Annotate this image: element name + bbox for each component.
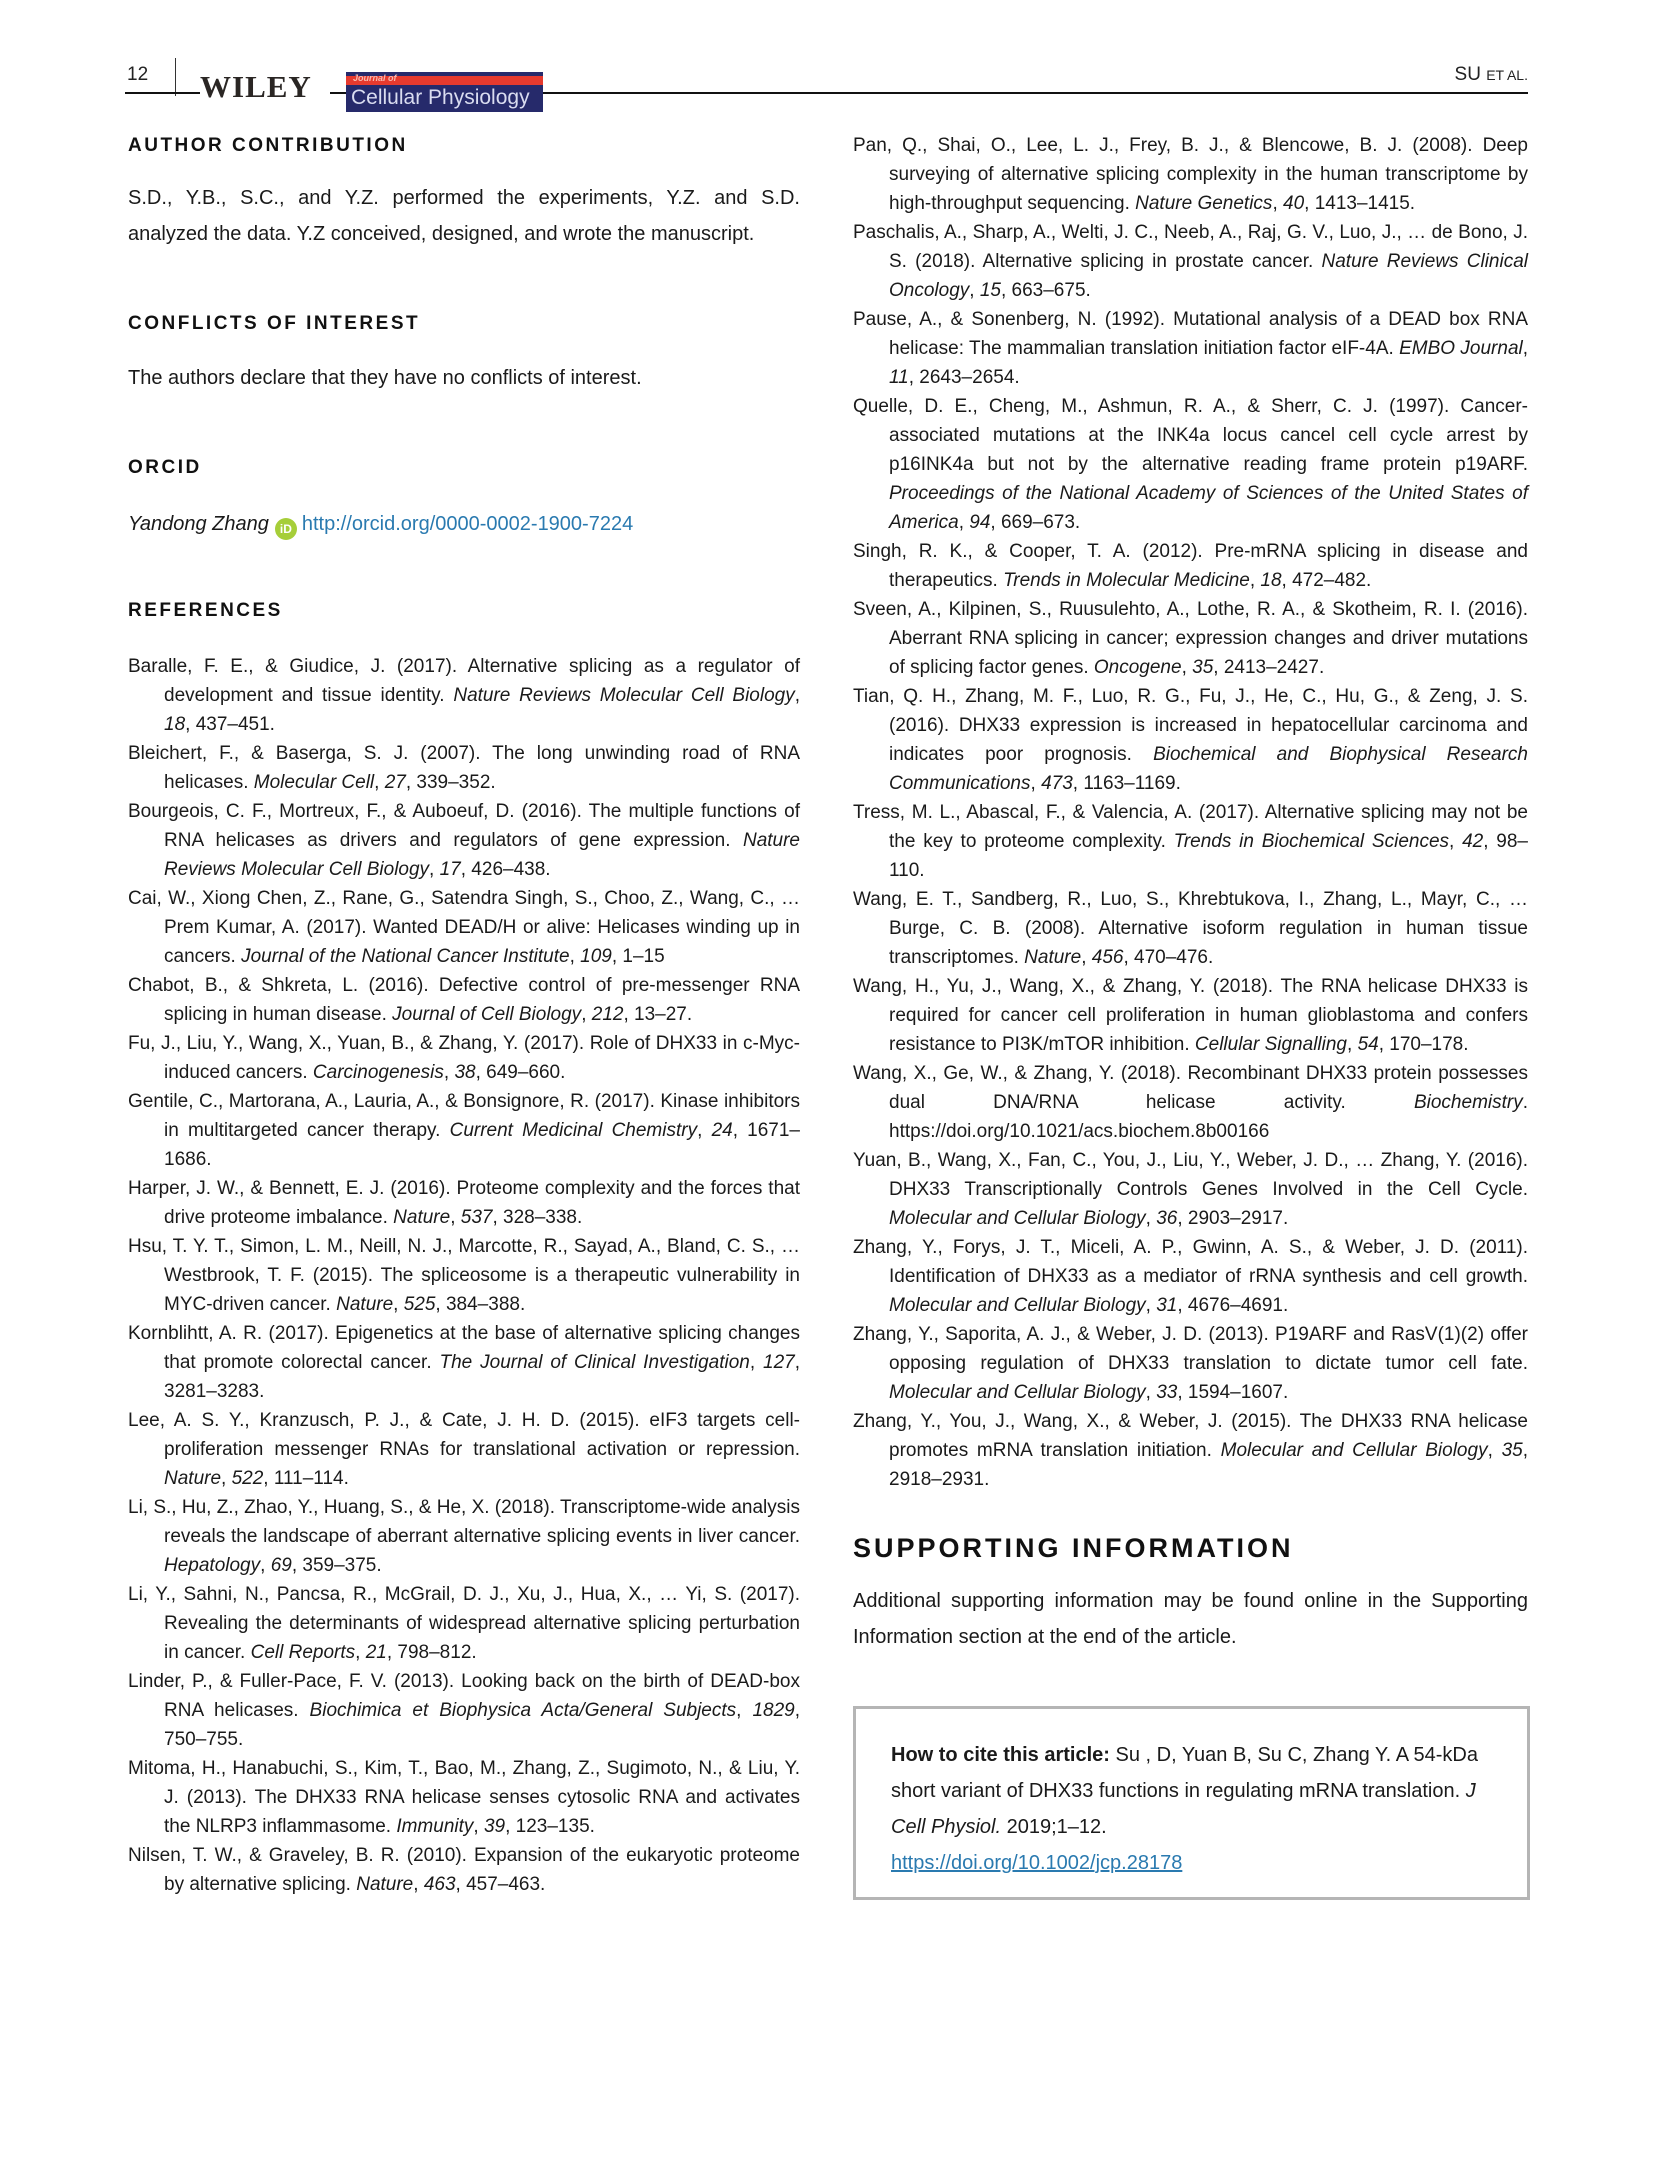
logo-line2: Cellular Physiology — [351, 85, 530, 111]
header-divider — [175, 58, 176, 96]
reference-volume: 17 — [440, 859, 461, 880]
reference-separator: , — [1523, 338, 1528, 359]
reference-journal: Nature — [393, 1207, 450, 1228]
reference-volume: 18 — [1260, 570, 1281, 591]
reference-pages: , 13–27. — [623, 1004, 692, 1025]
reference-journal: Biochimica et Biophysica Acta/General Su… — [310, 1700, 737, 1721]
reference-pages: , 359–375. — [292, 1555, 382, 1576]
reference-separator: , — [393, 1294, 404, 1315]
reference-item: Pause, A., & Sonenberg, N. (1992). Mutat… — [853, 305, 1528, 392]
orcid-id-icon: iD — [275, 518, 297, 540]
reference-pages: , 663–675. — [1001, 280, 1091, 301]
citation-year-pages: 2019;1–12. — [1001, 1816, 1107, 1838]
reference-item: Paschalis, A., Sharp, A., Welti, J. C., … — [853, 218, 1528, 305]
reference-volume: 94 — [969, 512, 990, 533]
reference-text: Quelle, D. E., Cheng, M., Ashmun, R. A.,… — [853, 396, 1528, 475]
reference-text: Lee, A. S. Y., Kranzusch, P. J., & Cate,… — [128, 1410, 800, 1460]
reference-pages: , 669–673. — [990, 512, 1080, 533]
publisher-logo: WILEY — [200, 70, 312, 104]
reference-item: Mitoma, H., Hanabuchi, S., Kim, T., Bao,… — [128, 1754, 800, 1841]
section-heading-references: REFERENCES — [128, 600, 283, 622]
reference-volume: 36 — [1156, 1208, 1177, 1229]
section-heading-author-contribution: AUTHOR CONTRIBUTION — [128, 135, 408, 157]
reference-pages: , 1413–1415. — [1304, 193, 1415, 214]
reference-journal: Molecular and Cellular Biology — [889, 1382, 1146, 1403]
reference-journal: Hepatology — [164, 1555, 260, 1576]
reference-text: Li, S., Hu, Z., Zhao, Y., Huang, S., & H… — [128, 1497, 800, 1547]
reference-pages: , 2903–2917. — [1177, 1208, 1288, 1229]
reference-item: Zhang, Y., Forys, J. T., Miceli, A. P., … — [853, 1233, 1528, 1320]
running-head-etal: ET AL. — [1486, 67, 1528, 83]
reference-volume: 473 — [1041, 773, 1073, 794]
section-heading-conflicts: CONFLICTS OF INTEREST — [128, 313, 420, 335]
reference-item: Harper, J. W., & Bennett, E. J. (2016). … — [128, 1174, 800, 1232]
orcid-link[interactable]: http://orcid.org/0000-0002-1900-7224 — [302, 513, 633, 535]
reference-journal: Oncogene — [1094, 657, 1182, 678]
reference-pages: , 111–114. — [263, 1468, 349, 1489]
reference-separator: , — [570, 946, 581, 967]
reference-separator: , — [1347, 1034, 1358, 1055]
reference-separator: , — [1146, 1208, 1157, 1229]
reference-volume: 21 — [366, 1642, 387, 1663]
reference-journal: Nature — [164, 1468, 221, 1489]
reference-journal: Nature — [1024, 947, 1081, 968]
reference-list-right: Pan, Q., Shai, O., Lee, L. J., Frey, B. … — [853, 131, 1528, 1494]
reference-pages: , 2643–2654. — [909, 367, 1020, 388]
reference-journal: Immunity — [396, 1816, 473, 1837]
reference-separator: , — [1250, 570, 1261, 591]
reference-text: Zhang, Y., Saporita, A. J., & Weber, J. … — [853, 1324, 1528, 1374]
reference-journal: Nature — [336, 1294, 393, 1315]
reference-volume: 27 — [385, 772, 406, 793]
reference-volume: 35 — [1192, 657, 1213, 678]
reference-text: Yuan, B., Wang, X., Fan, C., You, J., Li… — [853, 1150, 1528, 1200]
reference-item: Cai, W., Xiong Chen, Z., Rane, G., Saten… — [128, 884, 800, 971]
orcid-author-name: Yandong Zhang — [128, 513, 269, 535]
reference-volume: 525 — [404, 1294, 436, 1315]
reference-item: Tress, M. L., Abascal, F., & Valencia, A… — [853, 798, 1528, 885]
reference-separator: , — [444, 1062, 455, 1083]
reference-pages: , 426–438. — [461, 859, 551, 880]
reference-separator: , — [450, 1207, 461, 1228]
reference-list-left: Baralle, F. E., & Giudice, J. (2017). Al… — [128, 652, 800, 1899]
header-rule — [330, 92, 346, 94]
reference-item: Bourgeois, C. F., Mortreux, F., & Auboeu… — [128, 797, 800, 884]
reference-volume: 212 — [592, 1004, 624, 1025]
running-head-main: SU — [1455, 64, 1481, 85]
reference-pages: , 1594–1607. — [1177, 1382, 1288, 1403]
reference-pages: , 170–178. — [1379, 1034, 1469, 1055]
reference-volume: 31 — [1156, 1295, 1177, 1316]
reference-volume: 42 — [1462, 831, 1483, 852]
reference-text: Zhang, Y., Forys, J. T., Miceli, A. P., … — [853, 1237, 1528, 1287]
reference-journal: Molecular Cell — [254, 772, 374, 793]
author-contribution-text: S.D., Y.B., S.C., and Y.Z. performed the… — [128, 180, 800, 252]
reference-pages: , 1–15 — [612, 946, 665, 967]
section-heading-orcid: ORCID — [128, 457, 202, 479]
reference-pages: , 437–451. — [185, 714, 275, 735]
reference-separator: , — [1182, 657, 1193, 678]
reference-volume: 463 — [424, 1874, 456, 1895]
reference-journal: Trends in Biochemical Sciences — [1174, 831, 1449, 852]
header-rule — [125, 92, 200, 94]
reference-volume: 537 — [461, 1207, 493, 1228]
reference-separator: , — [221, 1468, 232, 1489]
reference-separator: , — [959, 512, 970, 533]
reference-separator: , — [355, 1642, 366, 1663]
reference-item: Sveen, A., Kilpinen, S., Ruusulehto, A.,… — [853, 595, 1528, 682]
reference-journal: Biochemistry — [1414, 1092, 1523, 1113]
reference-journal: Cell Reports — [251, 1642, 356, 1663]
reference-pages: , 384–388. — [435, 1294, 525, 1315]
reference-item: Tian, Q. H., Zhang, M. F., Luo, R. G., F… — [853, 682, 1528, 798]
how-to-cite-label: How to cite this article: — [891, 1744, 1110, 1766]
reference-item: Baralle, F. E., & Giudice, J. (2017). Al… — [128, 652, 800, 739]
reference-separator: , — [260, 1555, 271, 1576]
reference-item: Bleichert, F., & Baserga, S. J. (2007). … — [128, 739, 800, 797]
reference-volume: 127 — [763, 1352, 795, 1373]
reference-journal: Nature — [356, 1874, 413, 1895]
reference-separator: , — [374, 772, 385, 793]
reference-separator: , — [1031, 773, 1042, 794]
reference-item: Li, Y., Sahni, N., Pancsa, R., McGrail, … — [128, 1580, 800, 1667]
reference-pages: , 339–352. — [406, 772, 496, 793]
reference-item: Singh, R. K., & Cooper, T. A. (2012). Pr… — [853, 537, 1528, 595]
reference-journal: Molecular and Cellular Biology — [889, 1295, 1146, 1316]
reference-separator: , — [1272, 193, 1283, 214]
reference-separator: , — [413, 1874, 424, 1895]
reference-item: Wang, H., Yu, J., Wang, X., & Zhang, Y. … — [853, 972, 1528, 1059]
reference-pages: , 457–463. — [456, 1874, 546, 1895]
orcid-entry: Yandong ZhangiDhttp://orcid.org/0000-000… — [128, 510, 633, 540]
conflicts-text: The authors declare that they have no co… — [128, 360, 800, 396]
reference-separator: , — [795, 685, 800, 706]
reference-pages: , 798–812. — [387, 1642, 477, 1663]
reference-volume: 54 — [1358, 1034, 1379, 1055]
reference-separator: , — [473, 1816, 484, 1837]
reference-journal: Journal of Cell Biology — [392, 1004, 581, 1025]
reference-separator: , — [1488, 1440, 1502, 1461]
reference-journal: Nature Reviews Molecular Cell Biology — [453, 685, 794, 706]
reference-separator: , — [1449, 831, 1462, 852]
section-heading-supporting-information: SUPPORTING INFORMATION — [853, 1533, 1294, 1564]
reference-separator: , — [581, 1004, 592, 1025]
reference-pages: , 2413–2427. — [1213, 657, 1324, 678]
reference-separator: , — [750, 1352, 763, 1373]
reference-volume: 456 — [1092, 947, 1124, 968]
reference-pages: , 328–338. — [492, 1207, 582, 1228]
reference-separator: , — [429, 859, 440, 880]
reference-separator: , — [1146, 1382, 1157, 1403]
page-number: 12 — [127, 64, 148, 86]
reference-journal: Carcinogenesis — [313, 1062, 444, 1083]
reference-volume: 38 — [454, 1062, 475, 1083]
reference-item: Zhang, Y., Saporita, A. J., & Weber, J. … — [853, 1320, 1528, 1407]
reference-journal: Current Medicinal Chemistry — [450, 1120, 697, 1141]
reference-volume: 35 — [1502, 1440, 1523, 1461]
reference-text: Bourgeois, C. F., Mortreux, F., & Auboeu… — [128, 801, 800, 851]
reference-journal: Molecular and Cellular Biology — [1221, 1440, 1488, 1461]
reference-volume: 40 — [1283, 193, 1304, 214]
reference-volume: 18 — [164, 714, 185, 735]
reference-journal: EMBO Journal — [1399, 338, 1523, 359]
header-rule — [543, 92, 1528, 94]
reference-item: Wang, E. T., Sandberg, R., Luo, S., Khre… — [853, 885, 1528, 972]
reference-volume: 15 — [980, 280, 1001, 301]
supporting-information-text: Additional supporting information may be… — [853, 1583, 1528, 1655]
reference-volume: 33 — [1156, 1382, 1177, 1403]
reference-item: Hsu, T. Y. T., Simon, L. M., Neill, N. J… — [128, 1232, 800, 1319]
reference-journal: Journal of the National Cancer Institute — [241, 946, 569, 967]
reference-volume: 109 — [580, 946, 612, 967]
reference-item: Gentile, C., Martorana, A., Lauria, A., … — [128, 1087, 800, 1174]
logo-line1: Journal of — [353, 72, 397, 84]
reference-item: Nilsen, T. W., & Graveley, B. R. (2010).… — [128, 1841, 800, 1899]
reference-pages: , 472–482. — [1282, 570, 1372, 591]
reference-item: Pan, Q., Shai, O., Lee, L. J., Frey, B. … — [853, 131, 1528, 218]
reference-item: Linder, P., & Fuller-Pace, F. V. (2013).… — [128, 1667, 800, 1754]
reference-pages: , 649–660. — [476, 1062, 566, 1083]
reference-item: Fu, J., Liu, Y., Wang, X., Yuan, B., & Z… — [128, 1029, 800, 1087]
reference-item: Wang, X., Ge, W., & Zhang, Y. (2018). Re… — [853, 1059, 1528, 1146]
reference-separator: , — [969, 280, 980, 301]
reference-pages: , 4676–4691. — [1177, 1295, 1288, 1316]
reference-volume: 69 — [271, 1555, 292, 1576]
reference-item: Chabot, B., & Shkreta, L. (2016). Defect… — [128, 971, 800, 1029]
how-to-cite-text: How to cite this article: Su , D, Yuan B… — [891, 1737, 1511, 1881]
how-to-cite-box: How to cite this article: Su , D, Yuan B… — [853, 1706, 1530, 1900]
reference-item: Quelle, D. E., Cheng, M., Ashmun, R. A.,… — [853, 392, 1528, 537]
reference-journal: Molecular and Cellular Biology — [889, 1208, 1146, 1229]
running-head: SU ET AL. — [1455, 64, 1528, 86]
reference-volume: 24 — [712, 1120, 733, 1141]
reference-volume: 39 — [484, 1816, 505, 1837]
reference-volume: 522 — [232, 1468, 264, 1489]
reference-journal: Nature Genetics — [1135, 193, 1272, 214]
reference-item: Kornblihtt, A. R. (2017). Epigenetics at… — [128, 1319, 800, 1406]
reference-separator: , — [697, 1120, 711, 1141]
reference-separator: , — [736, 1700, 752, 1721]
page-header: 12 WILEY Journal of Cellular Physiology … — [0, 0, 1654, 120]
citation-doi-link[interactable]: https://doi.org/10.1002/jcp.28178 — [891, 1852, 1182, 1874]
reference-journal: Cellular Signalling — [1195, 1034, 1347, 1055]
reference-item: Zhang, Y., You, J., Wang, X., & Weber, J… — [853, 1407, 1528, 1494]
reference-pages: , 123–135. — [505, 1816, 595, 1837]
reference-journal: Trends in Molecular Medicine — [1003, 570, 1250, 591]
reference-pages: , 470–476. — [1123, 947, 1213, 968]
reference-journal: The Journal of Clinical Investigation — [440, 1352, 750, 1373]
reference-item: Yuan, B., Wang, X., Fan, C., You, J., Li… — [853, 1146, 1528, 1233]
reference-pages: , 1163–1169. — [1073, 773, 1181, 794]
reference-item: Lee, A. S. Y., Kranzusch, P. J., & Cate,… — [128, 1406, 800, 1493]
reference-item: Li, S., Hu, Z., Zhao, Y., Huang, S., & H… — [128, 1493, 800, 1580]
reference-volume: 11 — [889, 367, 909, 388]
journal-logo: Journal of Cellular Physiology — [346, 72, 543, 112]
reference-separator: , — [1081, 947, 1092, 968]
reference-separator: , — [1146, 1295, 1157, 1316]
reference-volume: 1829 — [752, 1700, 794, 1721]
